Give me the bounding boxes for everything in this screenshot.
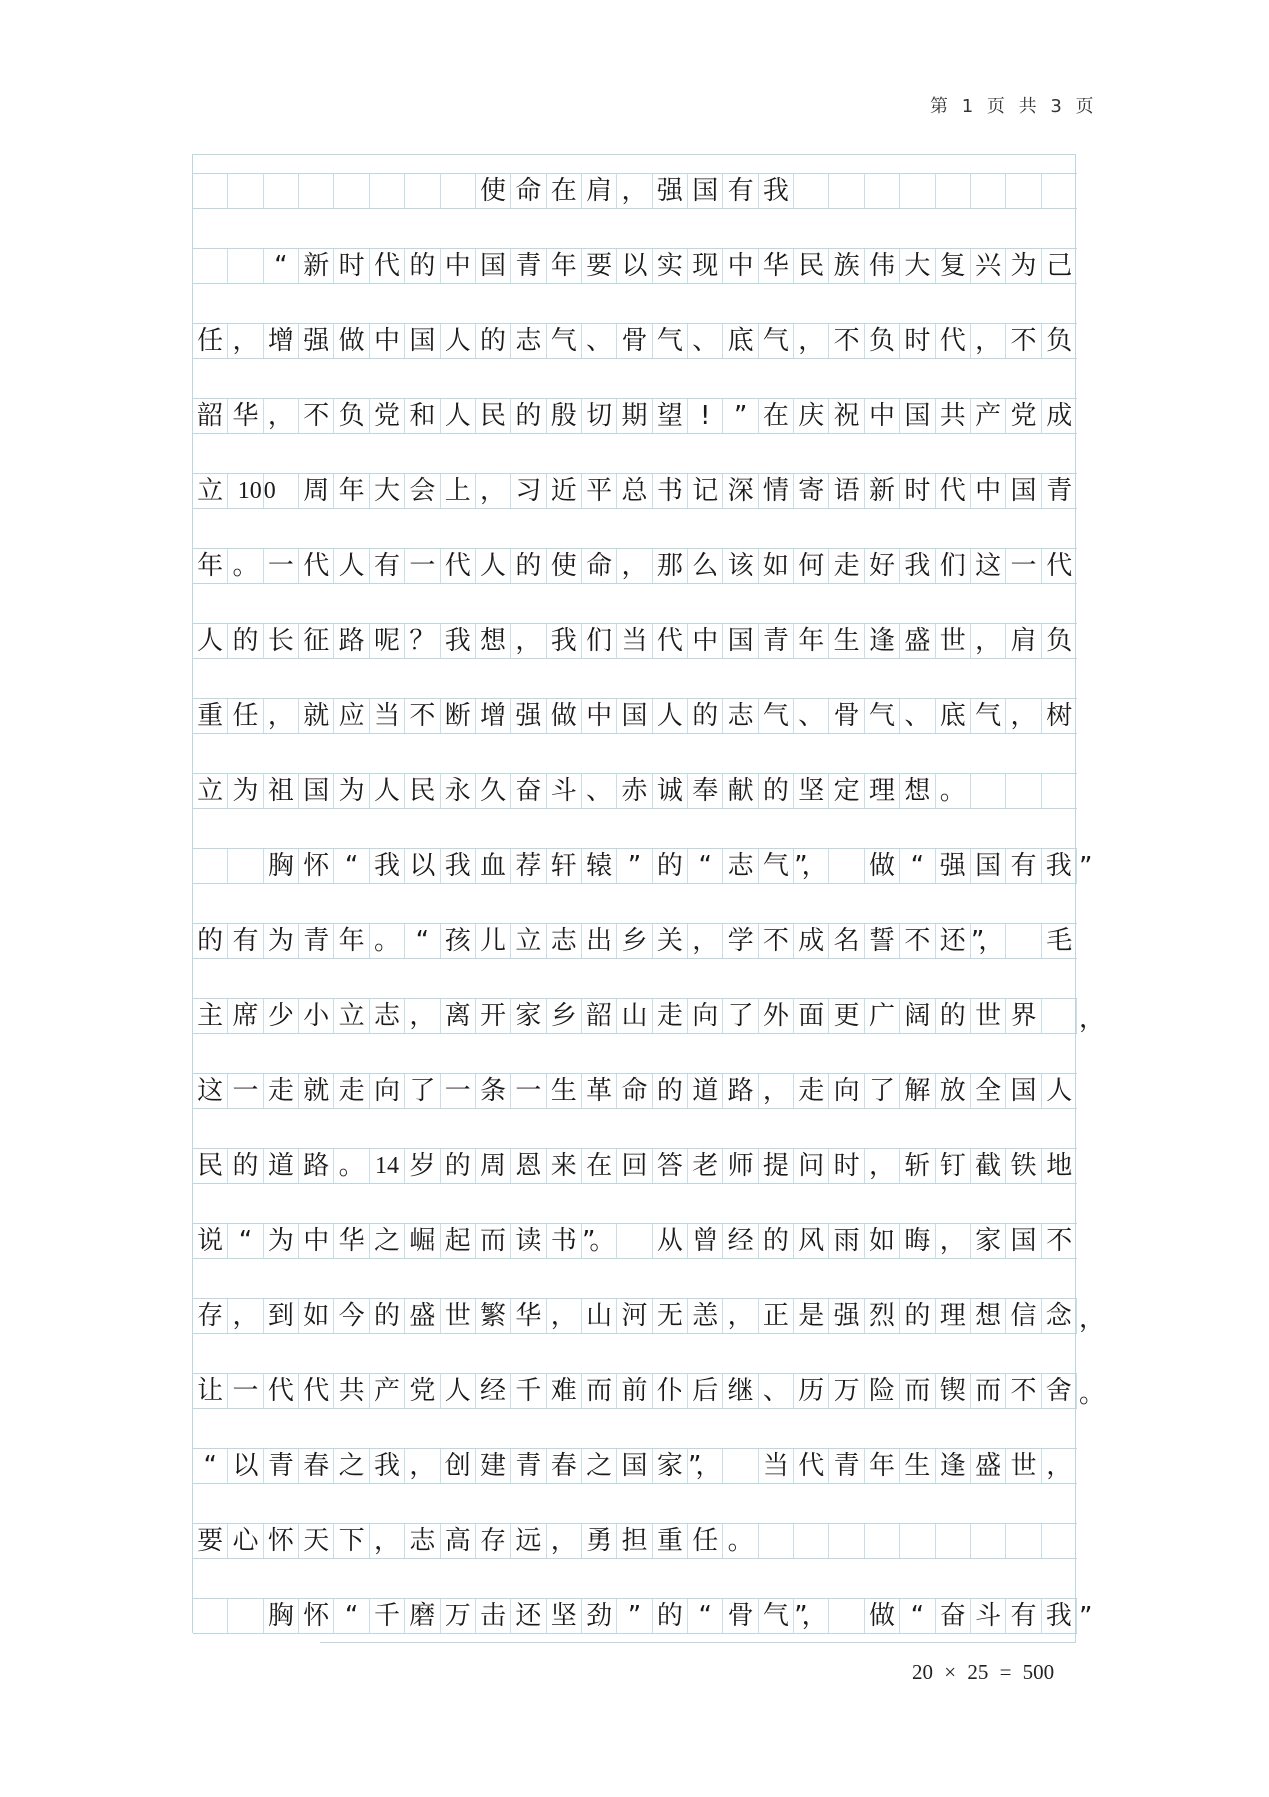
char-cell: 当 [759,1449,794,1483]
char-cell: 负 [1042,624,1077,658]
char-cell: 千 [370,1599,405,1633]
char-cell: 建 [476,1449,511,1483]
char-cell: 心 [228,1524,263,1558]
char-cell: 险 [865,1374,900,1408]
char-cell: 断 [441,699,476,733]
char-cell: 的 [653,1599,688,1633]
char-cell: 而 [476,1224,511,1258]
char-cell: 存 [476,1524,511,1558]
char-cell: 如 [299,1299,334,1333]
title-cell [865,174,900,208]
char-cell: 中 [865,399,900,433]
char-cell: 志 [723,849,758,883]
char-cell: 献 [723,774,758,808]
char-cell: 、 [900,699,935,733]
char-cell: 一 [441,1074,476,1108]
char-cell: 的 [228,1149,263,1183]
char-cell: 年 [547,249,582,283]
char-cell [617,1224,652,1258]
title-cell [405,174,440,208]
text-row: 胸怀“我以我血荐轩辕”的“志气”，做“强国有我” [193,848,1077,884]
char-cell: 老 [688,1149,723,1183]
char-cell: 我 [900,549,935,583]
char-cell: 一 [264,549,299,583]
grid-size-formula: 20 × 25 = 500 [912,1660,1054,1685]
char-cell: 阔 [900,999,935,1033]
title-cell [441,174,476,208]
char-cell: 伟 [865,249,900,283]
char-cell: 奋 [511,774,546,808]
char-cell: 胸 [264,849,299,883]
title-cell: 国 [688,174,723,208]
char-cell: ， [228,324,263,358]
char-cell: 国 [971,849,1006,883]
char-cell: 何 [794,549,829,583]
char-cell: 学 [723,924,758,958]
char-cell: 的 [688,699,723,733]
char-cell: 、 [688,324,723,358]
char-cell: 名 [829,924,864,958]
char-cell: 斩 [900,1149,935,1183]
char-cell: 。 [334,1149,369,1183]
char-cell: 久 [476,774,511,808]
char-cell: 青 [511,1449,546,1483]
char-cell: 舍 [1042,1374,1077,1408]
char-cell: 时 [829,1149,864,1183]
title-cell [936,174,971,208]
char-cell: 民 [794,249,829,283]
char-cell: 青 [299,924,334,958]
char-cell: 儿 [476,924,511,958]
char-cell [829,1524,864,1558]
char-cell: 让 [193,1374,228,1408]
title-cell [1006,174,1041,208]
char-cell: 我 [370,849,405,883]
char-cell: 盛 [971,1449,1006,1483]
char-cell: 新 [865,474,900,508]
char-cell: 大 [900,249,935,283]
char-cell: 这 [193,1074,228,1108]
char-cell: 奉 [688,774,723,808]
char-cell: ， [547,1524,582,1558]
char-cell: 面 [794,999,829,1033]
title-row: 使命在肩，强国有我 [193,173,1077,209]
title-cell [900,174,935,208]
char-cell: 中 [299,1224,334,1258]
char-cell: 向 [370,1074,405,1108]
char-cell: 我 [1042,1599,1077,1633]
char-cell: 一 [228,1074,263,1108]
char-cell: 底 [723,324,758,358]
char-cell: 新 [299,249,334,283]
char-cell: 为 [334,774,369,808]
char-cell: 念 [1042,1299,1077,1333]
char-cell: 强 [829,1299,864,1333]
char-cell: ？ [405,624,440,658]
char-cell [228,849,263,883]
char-cell: 重 [193,699,228,733]
char-cell: 0 [264,474,299,508]
char-cell: 强 [936,849,971,883]
char-cell: 就 [299,699,334,733]
char-cell: 我 [441,849,476,883]
char-cell: ， [1006,699,1041,733]
char-cell: 烈 [865,1299,900,1333]
char-cell: 气 [759,699,794,733]
char-cell: 气 [653,324,688,358]
char-cell: 实 [653,249,688,283]
char-cell: 轩 [547,849,582,883]
char-cell: 锲 [936,1374,971,1408]
char-cell: 。 [723,1524,758,1558]
char-cell: 的 [228,624,263,658]
char-cell: 在 [582,1149,617,1183]
char-cell: ， [405,999,440,1033]
char-cell: 路 [334,624,369,658]
char-cell: 家 [511,999,546,1033]
char-cell: 年 [794,624,829,658]
char-cell: 华 [511,1299,546,1333]
char-cell: 主 [193,999,228,1033]
char-cell: 国 [476,249,511,283]
char-cell [794,1524,829,1558]
text-row: 的有为青年。“孩儿立志出乡关，学不成名誓不还”，毛 [193,923,1077,959]
char-cell: 千 [511,1374,546,1408]
char-cell: ， [794,324,829,358]
text-row: 立100周年大会上，习近平总书记深情寄语新时代中国青 [193,473,1077,509]
char-cell: 气 [865,699,900,733]
char-cell: 逢 [865,624,900,658]
char-cell: 望 [653,399,688,433]
char-cell: 志 [723,699,758,733]
char-cell: 的 [405,249,440,283]
char-cell: 会 [405,474,440,508]
char-cell: 华 [334,1224,369,1258]
char-cell: 共 [936,399,971,433]
char-cell: 而 [900,1374,935,1408]
char-cell: 大 [370,474,405,508]
text-row: 胸怀“千磨万击还坚劲”的“骨气”，做“奋斗有我” [193,1598,1077,1634]
char-cell: 的 [759,1224,794,1258]
char-cell: ” [723,399,758,433]
char-cell: 民 [405,774,440,808]
char-cell: 国 [617,1449,652,1483]
char-cell: 今 [334,1299,369,1333]
char-cell: 不 [1006,1374,1041,1408]
grid-right-line-extension [1075,1630,1076,1642]
char-cell: 应 [334,699,369,733]
char-cell: 民 [476,399,511,433]
char-cell: 不 [829,324,864,358]
char-cell: ”， [971,924,1006,958]
char-cell: 周 [299,474,334,508]
char-cell: 世 [936,624,971,658]
char-cell [228,1599,263,1633]
char-cell: 逢 [936,1449,971,1483]
char-cell: “ [334,849,369,883]
char-cell: 走 [794,1074,829,1108]
char-cell: 的 [936,999,971,1033]
char-cell: 我 [547,624,582,658]
char-cell: 出 [582,924,617,958]
char-cell: ， [1042,1449,1077,1483]
char-cell: 切 [582,399,617,433]
char-cell: 之 [582,1449,617,1483]
char-cell: 人 [441,324,476,358]
char-cell: 的 [900,1299,935,1333]
char-cell: 人 [441,1374,476,1408]
char-cell: 信 [1006,1299,1041,1333]
char-cell: 要 [582,249,617,283]
char-cell [936,1524,971,1558]
char-cell: 盛 [405,1299,440,1333]
char-cell: 而 [582,1374,617,1408]
char-cell: 如 [865,1224,900,1258]
char-cell: 志 [405,1524,440,1558]
char-cell: 之 [370,1224,405,1258]
grid-bottom-line [320,1642,1076,1643]
char-cell: ， [617,549,652,583]
char-cell: 毛 [1042,924,1077,958]
char-cell: 深 [723,474,758,508]
char-cell: 、 [582,774,617,808]
char-cell: 中 [688,624,723,658]
char-cell: 有 [228,924,263,958]
char-cell: 总 [617,474,652,508]
char-cell: 成 [1042,399,1077,433]
char-cell [829,849,864,883]
char-cell: 曾 [688,1224,723,1258]
char-cell: 己 [1042,249,1077,283]
char-cell: 道 [688,1074,723,1108]
char-cell [1006,774,1041,808]
char-cell: 想 [971,1299,1006,1333]
char-cell: 做 [865,849,900,883]
char-cell: 语 [829,474,864,508]
char-cell: 年 [865,1449,900,1483]
char-cell: 永 [441,774,476,808]
char-cell [228,249,263,283]
char-cell: 风 [794,1224,829,1258]
char-cell: 之 [334,1449,369,1483]
char-cell: 树 [1042,699,1077,733]
char-cell: 做 [547,699,582,733]
char-cell: 么 [688,549,723,583]
char-cell: 呢 [370,624,405,658]
char-cell: “ [193,1449,228,1483]
char-cell: 劲 [582,1599,617,1633]
char-cell: 生 [547,1074,582,1108]
char-cell: 答 [653,1149,688,1183]
char-cell: 少 [264,999,299,1033]
char-cell: 存 [193,1299,228,1333]
char-cell: 青 [829,1449,864,1483]
char-cell [1006,1524,1041,1558]
text-row: “新时代的中国青年要以实现中华民族伟大复兴为己 [193,248,1077,284]
char-cell: 人 [1042,1074,1077,1108]
char-cell: “ [688,849,723,883]
char-cell: 征 [299,624,334,658]
char-cell: 兴 [971,249,1006,283]
char-cell: 情 [759,474,794,508]
char-cell: 成 [794,924,829,958]
char-cell: 书 [653,474,688,508]
char-cell [900,1524,935,1558]
char-cell: 不 [1042,1224,1077,1258]
char-cell: 骨 [829,699,864,733]
char-cell: 的 [759,774,794,808]
text-row: 民的道路。14岁的周恩来在回答老师提问时，斩钉截铁地 [193,1148,1077,1184]
char-cell [829,1599,864,1633]
char-cell: 使 [547,549,582,583]
char-cell [1042,774,1077,808]
char-cell: 中 [723,249,758,283]
char-cell: 周 [476,1149,511,1183]
char-cell: 国 [1006,1074,1041,1108]
char-cell: 不 [900,924,935,958]
char-cell: 好 [865,549,900,583]
char-cell [865,1524,900,1558]
overflow-punctuation: 。 [1079,1374,1105,1410]
char-cell: ， [936,1224,971,1258]
char-cell: 人 [653,699,688,733]
char-cell: ! [688,399,723,433]
char-cell: 书 [547,1224,582,1258]
char-cell: 为 [228,774,263,808]
char-cell: 河 [617,1299,652,1333]
char-cell [723,1449,758,1483]
char-cell: “ [334,1599,369,1633]
char-cell: 、 [794,699,829,733]
char-cell: 恙 [688,1299,723,1333]
char-cell: 产 [370,1374,405,1408]
char-cell: 以 [405,849,440,883]
char-cell: 增 [476,699,511,733]
char-cell: 走 [829,549,864,583]
char-cell: “ [900,1599,935,1633]
char-cell: 辕 [582,849,617,883]
char-cell: 斗 [547,774,582,808]
text-row: 主席少小立志，离开家乡韶山走向了外面更广阔的世界， [193,998,1077,1034]
char-cell: 如 [759,549,794,583]
char-cell: 和 [405,399,440,433]
char-cell: 国 [723,624,758,658]
title-cell: 使 [476,174,511,208]
char-cell: 击 [476,1599,511,1633]
char-cell: 立 [193,774,228,808]
char-cell: 有 [1006,1599,1041,1633]
char-cell: “ [264,249,299,283]
char-cell: 前 [617,1374,652,1408]
text-row: “以青春之我，创建青春之国家”，当代青年生逢盛世， [193,1448,1077,1484]
char-cell: 代 [441,549,476,583]
char-cell: 国 [1006,474,1041,508]
char-cell: 担 [617,1524,652,1558]
char-cell: 不 [759,924,794,958]
char-cell: 代 [794,1449,829,1483]
char-cell: 荐 [511,849,546,883]
char-cell: 钉 [936,1149,971,1183]
char-cell: 以 [617,249,652,283]
char-cell: 为 [1006,249,1041,283]
char-cell: 长 [264,624,299,658]
char-cell: 回 [617,1149,652,1183]
char-cell: 。 [370,924,405,958]
char-cell: 共 [334,1374,369,1408]
char-cell: ， [723,1299,758,1333]
char-cell: ， [228,1299,263,1333]
char-cell: 关 [653,924,688,958]
char-cell: ”， [794,849,829,883]
char-cell: 怀 [299,849,334,883]
char-cell: 中 [441,249,476,283]
char-cell: 、 [759,1374,794,1408]
char-cell: 山 [582,1299,617,1333]
char-cell: 人 [334,549,369,583]
char-cell: 的 [441,1149,476,1183]
title-cell [794,174,829,208]
char-cell: 当 [370,699,405,733]
char-cell: 负 [334,399,369,433]
char-cell: 天 [299,1524,334,1558]
char-cell: 还 [936,924,971,958]
char-cell: 离 [441,999,476,1033]
char-cell: 世 [971,999,1006,1033]
char-cell: 万 [441,1599,476,1633]
char-cell: 创 [441,1449,476,1483]
char-cell: 祝 [829,399,864,433]
char-cell: 人 [441,399,476,433]
overflow-punctuation: ， [1079,1299,1105,1335]
char-cell: 的 [653,849,688,883]
char-cell: 任 [228,699,263,733]
char-cell: 放 [936,1074,971,1108]
char-cell: 勇 [582,1524,617,1558]
char-cell: 向 [829,1074,864,1108]
char-cell: ， [405,1449,440,1483]
char-cell: 的 [476,324,511,358]
char-cell: 一 [511,1074,546,1108]
char-cell: 代 [264,1374,299,1408]
char-cell: 广 [865,999,900,1033]
char-cell: 坚 [794,774,829,808]
title-cell [829,174,864,208]
char-cell [193,249,228,283]
char-cell: 界 [1006,999,1041,1033]
char-cell: 条 [476,1074,511,1108]
char-cell: 现 [688,249,723,283]
char-cell: 为 [264,924,299,958]
char-cell: 更 [829,999,864,1033]
char-cell: 立 [193,474,228,508]
char-cell [971,1524,1006,1558]
char-cell: 青 [759,624,794,658]
char-cell: 强 [299,324,334,358]
char-cell: 国 [1006,1224,1041,1258]
char-cell: 近 [547,474,582,508]
char-cell [1006,924,1041,958]
char-cell: 祖 [264,774,299,808]
char-cell: 这 [971,549,1006,583]
char-cell: 血 [476,849,511,883]
char-cell: 仆 [653,1374,688,1408]
char-cell: 强 [511,699,546,733]
char-cell: ， [547,1299,582,1333]
char-cell: 向 [688,999,723,1033]
char-cell: 青 [511,249,546,283]
char-cell: 地 [1042,1149,1077,1183]
char-cell: “ [688,1599,723,1633]
